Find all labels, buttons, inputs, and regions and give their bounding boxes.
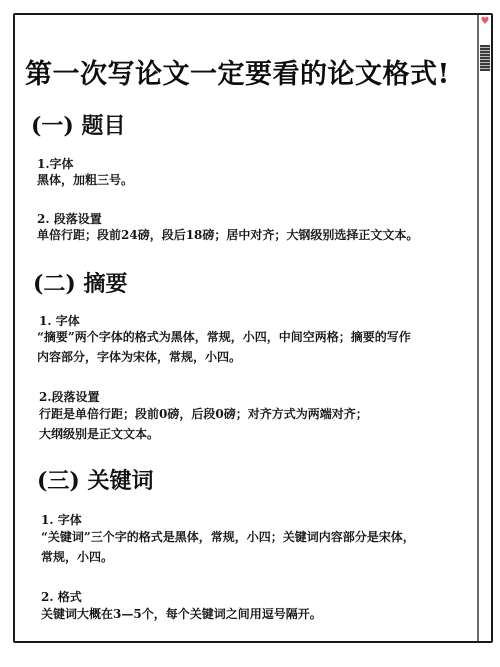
item-text-font: 黑体，加粗三号。 [37, 171, 133, 190]
section-heading-keywords: (三) 关键词 [37, 464, 153, 495]
item-text-font-line2: 常规，小四。 [41, 548, 113, 567]
item-text-paragraph: 单倍行距；段前24磅，段后18磅；居中对齐；大钢级别选择正文文本。 [37, 226, 418, 245]
item-label-font: 1.字体 [37, 155, 74, 172]
item-text-format: 关键词大概在3—5个，每个关键词之间用逗号隔开。 [41, 605, 322, 624]
item-text-font-line2: 内容部分，字体为宋体，常规，小四。 [37, 348, 241, 367]
item-text-font-line1: “关键词”三个字的格式是黑体，常规，小四；关键词内容部分是宋体， [41, 528, 415, 547]
item-label-paragraph: 2.段落设置 [39, 388, 100, 405]
vertical-scrollbar[interactable]: ♥ [477, 15, 491, 641]
item-text-font-line1: “摘要”两个字体的格式为黑体，常规，小四，中间空两格；摘要的写作 [37, 328, 411, 347]
item-label-font: 1. 字体 [41, 511, 82, 528]
section-heading-title: (一) 题目 [31, 109, 125, 140]
item-text-paragraph-line1: 行距是单倍行距；段前0磅，后段0磅；对齐方式为两端对齐； [39, 405, 368, 424]
item-label-font: 1. 字体 [39, 312, 80, 329]
item-text-paragraph-line2: 大纲级别是正文文本。 [39, 425, 159, 444]
document-window: 第一次写论文一定要看的论文格式! (一) 题目 1.字体 黑体，加粗三号。 2.… [13, 13, 493, 643]
item-label-format: 2. 格式 [41, 588, 82, 605]
heart-icon[interactable]: ♥ [480, 17, 490, 27]
section-heading-abstract: (二) 摘要 [33, 267, 127, 298]
document-content: 第一次写论文一定要看的论文格式! (一) 题目 1.字体 黑体，加粗三号。 2.… [15, 15, 477, 641]
page-title: 第一次写论文一定要看的论文格式! [25, 52, 450, 91]
scrollbar-thumb[interactable] [480, 45, 490, 71]
item-label-paragraph: 2. 段落设置 [37, 210, 102, 227]
